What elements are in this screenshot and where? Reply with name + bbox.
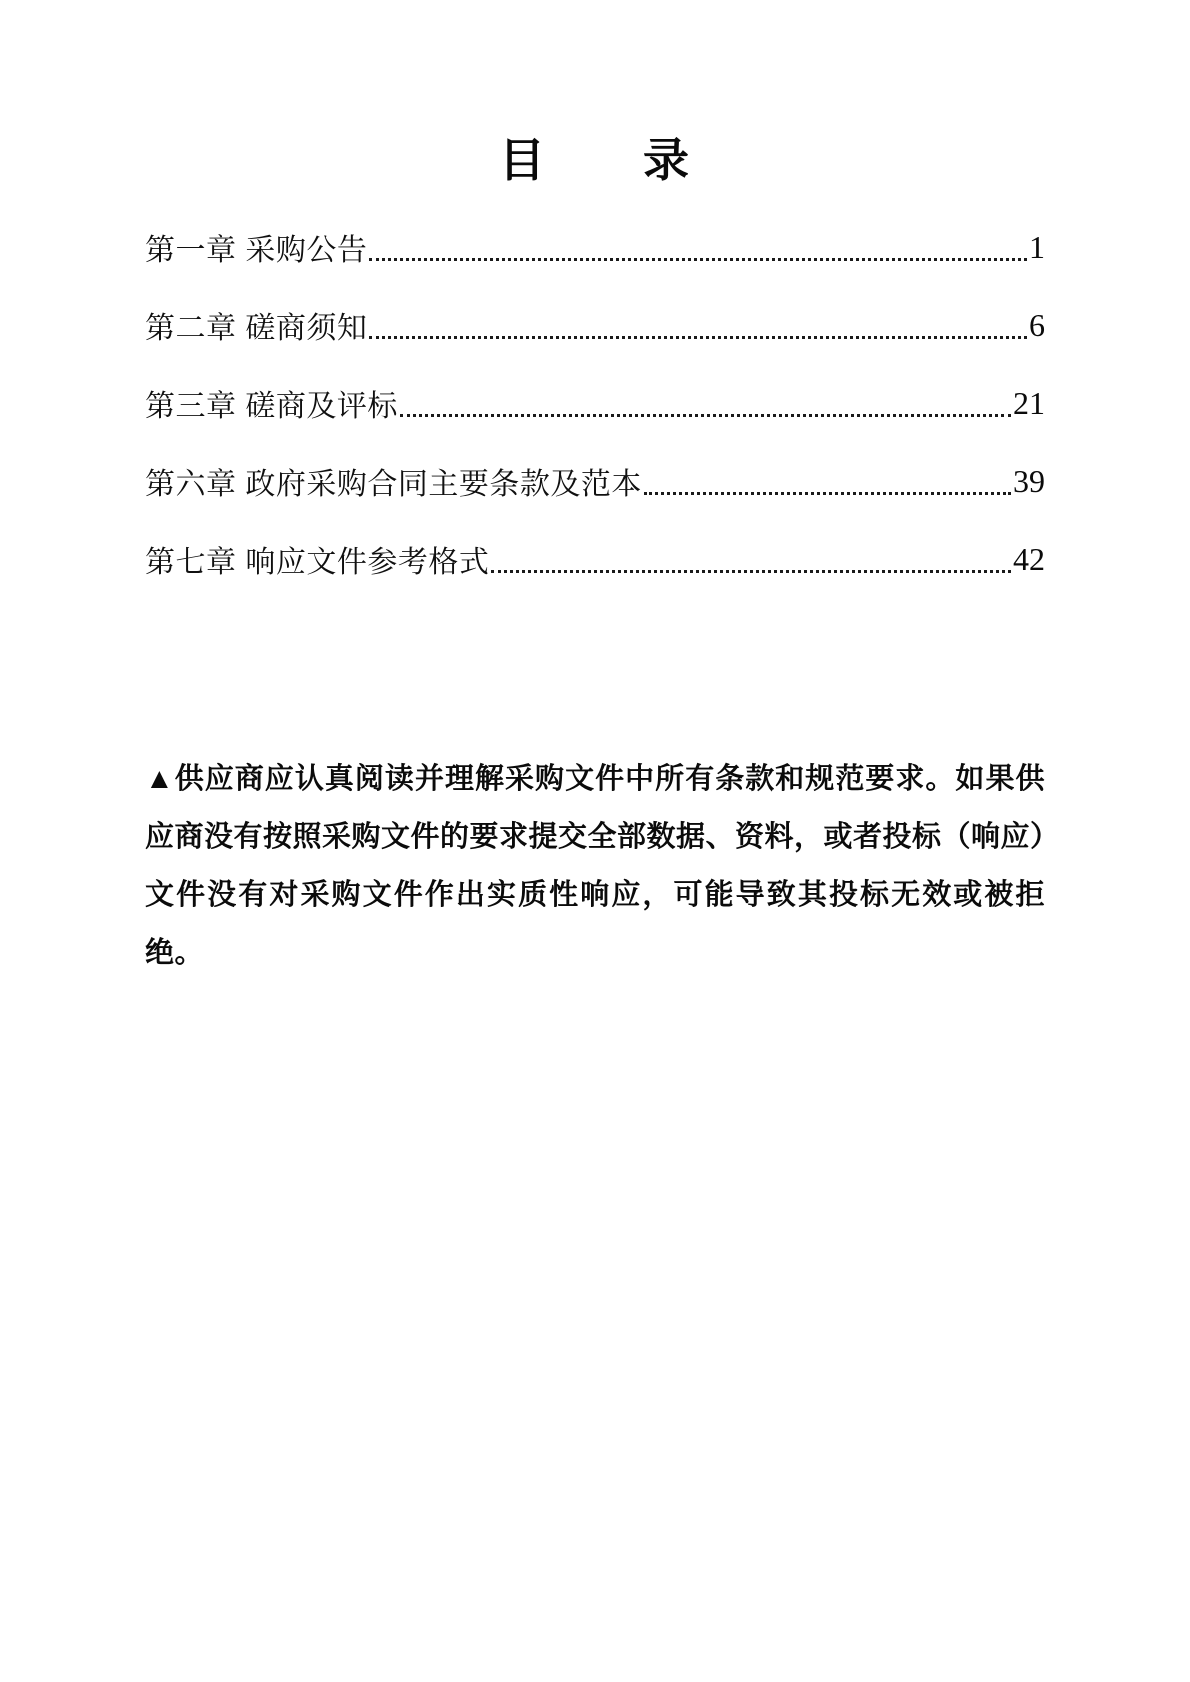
toc-entry: 第六章 政府采购合同主要条款及范本 39 — [145, 442, 1045, 520]
toc-entry: 第七章 响应文件参考格式 42 — [145, 520, 1045, 598]
toc-entry-label: 第七章 响应文件参考格式 — [145, 537, 489, 581]
toc-entry-label: 第一章 采购公告 — [145, 225, 367, 269]
toc-entry: 第二章 磋商须知 6 — [145, 286, 1045, 364]
toc-entry: 第三章 磋商及评标 21 — [145, 364, 1045, 442]
dot-leader — [369, 336, 1027, 339]
toc-entry-label: 第三章 磋商及评标 — [145, 381, 398, 425]
supplier-notice: ▲供应商应认真阅读并理解采购文件中所有条款和规范要求。如果供应商没有按照采购文件… — [145, 750, 1045, 982]
dot-leader — [400, 414, 1011, 417]
toc-entry-page-number: 21 — [1013, 385, 1045, 422]
toc-entry-label: 第六章 政府采购合同主要条款及范本 — [145, 459, 642, 503]
page-title: 目 录 — [145, 128, 1045, 192]
toc-entry-page-number: 1 — [1029, 229, 1045, 266]
toc-entry: 第一章 采购公告 1 — [145, 208, 1045, 286]
dot-leader — [644, 492, 1011, 495]
table-of-contents: 第一章 采购公告 1 第二章 磋商须知 6 第三章 磋商及评标 21 第六章 政… — [145, 208, 1045, 598]
toc-entry-label: 第二章 磋商须知 — [145, 303, 367, 347]
dot-leader — [491, 570, 1011, 573]
toc-entry-page-number: 42 — [1013, 541, 1045, 578]
dot-leader — [369, 258, 1027, 261]
document-page: 目 录 第一章 采购公告 1 第二章 磋商须知 6 第三章 磋商及评标 21 第… — [0, 0, 1190, 1682]
toc-entry-page-number: 39 — [1013, 463, 1045, 500]
toc-entry-page-number: 6 — [1029, 307, 1045, 344]
